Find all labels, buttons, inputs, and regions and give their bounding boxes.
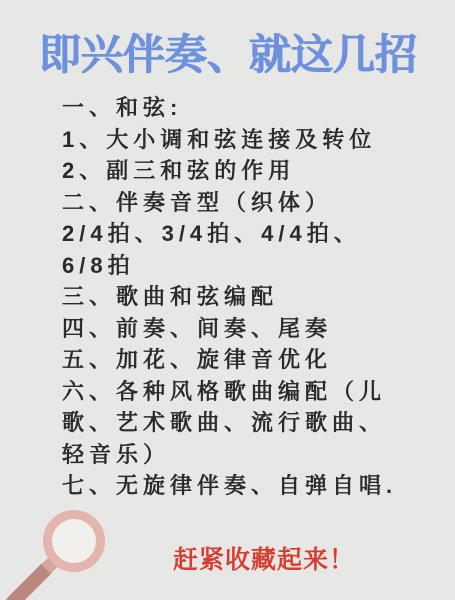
list-line: 2、副三和弦的作用 [62,155,432,187]
magnifier-handle [13,569,46,600]
list-line: 1、大小调和弦连接及转位 [62,124,432,156]
list-line: 六、各种风格歌曲编配（儿 [62,376,432,408]
topic-list: 一、和弦: 1、大小调和弦连接及转位 2、副三和弦的作用 二、伴奏音型（织体） … [62,92,432,502]
list-line: 三、歌曲和弦编配 [62,281,432,313]
list-line: 一、和弦: [62,92,432,124]
list-line: 歌、艺术歌曲、流行歌曲、 [62,407,432,439]
poster-title: 即兴伴奏、就这几招 [0,22,455,82]
list-line: 七、无旋律伴奏、自弹自唱. [62,470,432,502]
magnifier-lens [48,515,101,568]
list-line: 五、加花、旋律音优化 [62,344,432,376]
list-line: 二、伴奏音型（织体） [62,187,432,219]
list-line: 2/4拍、3/4拍、4/4拍、 [62,218,432,250]
list-line: 四、前奏、间奏、尾奏 [62,313,432,345]
poster: 即兴伴奏、就这几招 一、和弦: 1、大小调和弦连接及转位 2、副三和弦的作用 二… [0,0,455,600]
magnifier-icon [0,505,115,600]
list-line: 轻音乐） [62,439,432,471]
list-line: 6/8拍 [62,250,432,282]
cta-text: 赶紧收藏起来！ [173,540,355,576]
page: { "background": "#e7e8e5", "title": { "t… [0,0,455,600]
